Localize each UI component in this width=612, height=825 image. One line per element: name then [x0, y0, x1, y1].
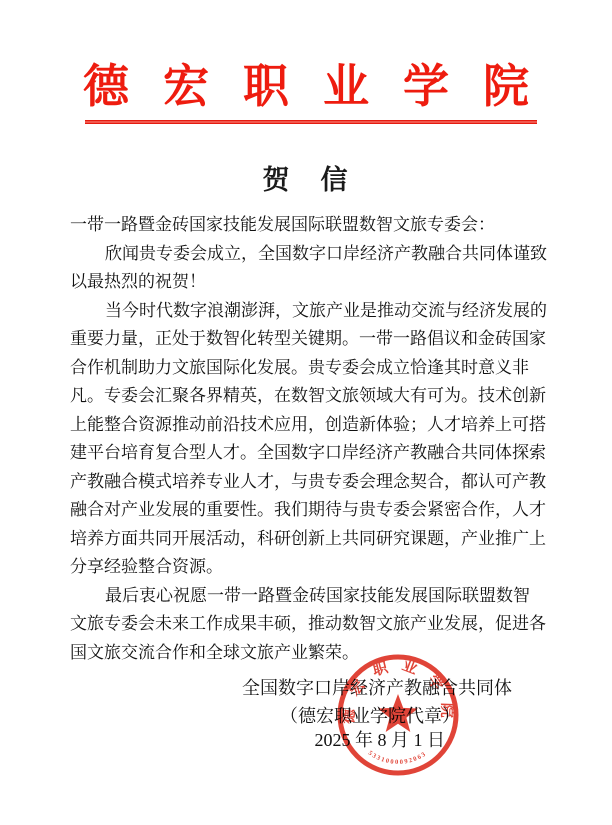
body-line: 最后衷心祝愿一带一路暨金砖国家技能发展国际联盟数智 — [70, 582, 552, 611]
body-line: 合作机制助力文旅国际化发展。贵专委会成立恰逢其时意义非 — [70, 354, 552, 383]
body-line-salutation: 一带一路暨金砖国家技能发展国际联盟数智文旅专委会： — [70, 211, 552, 240]
letterhead-school-name: 德宏职业学院 — [0, 50, 612, 116]
body-line: 欣闻贵专委会成立，全国数字口岸经济产教融合共同体谨致 — [70, 240, 552, 269]
body-line: 当今时代数字浪潮澎湃，文旅产业是推动交流与经济发展的 — [70, 297, 552, 326]
body-line: 重要力量，正处于数智化转型关键期。一带一路倡议和金砖国家 — [70, 325, 552, 354]
letter-title: 贺 信 — [0, 158, 612, 197]
body-line: 以最热烈的祝贺！ — [70, 268, 552, 297]
official-seal-stamp: 德宏职业学院 5331000092063 — [333, 650, 463, 780]
body-line: 凡。专委会汇聚各界精英，在数智文旅领域大有可为。技术创新 — [70, 382, 552, 411]
letter-page: 德宏职业学院 贺 信 一带一路暨金砖国家技能发展国际联盟数智文旅专委会： 欣闻贵… — [0, 0, 612, 825]
body-line: 分享经验整合资源。 — [70, 553, 552, 582]
seal-code: 5331000092063 — [367, 750, 428, 766]
body-line: 国文旅交流合作和全球文旅产业繁荣。 — [70, 639, 552, 668]
body-line: 产教融合模式培养专业人才，与贵专委会理念契合，都认可产教 — [70, 468, 552, 497]
letterhead-rule — [85, 120, 537, 124]
body-line: 建平台培育复合型人才。全国数字口岸经济产教融合共同体探索 — [70, 439, 552, 468]
star-icon — [378, 694, 418, 732]
body-line: 上能整合资源推动前沿技术应用，创造新体验；人才培养上可搭 — [70, 411, 552, 440]
body-line: 培养方面共同开展活动，科研创新上共同研究课题，产业推广上 — [70, 525, 552, 554]
letter-body: 一带一路暨金砖国家技能发展国际联盟数智文旅专委会： 欣闻贵专委会成立，全国数字口… — [70, 211, 552, 667]
body-line: 文旅专委会未来工作成果丰硕，推动数智文旅产业发展，促进各 — [70, 610, 552, 639]
body-line: 融合对产业发展的重要性。我们期待与贵专委会紧密合作，人才 — [70, 496, 552, 525]
